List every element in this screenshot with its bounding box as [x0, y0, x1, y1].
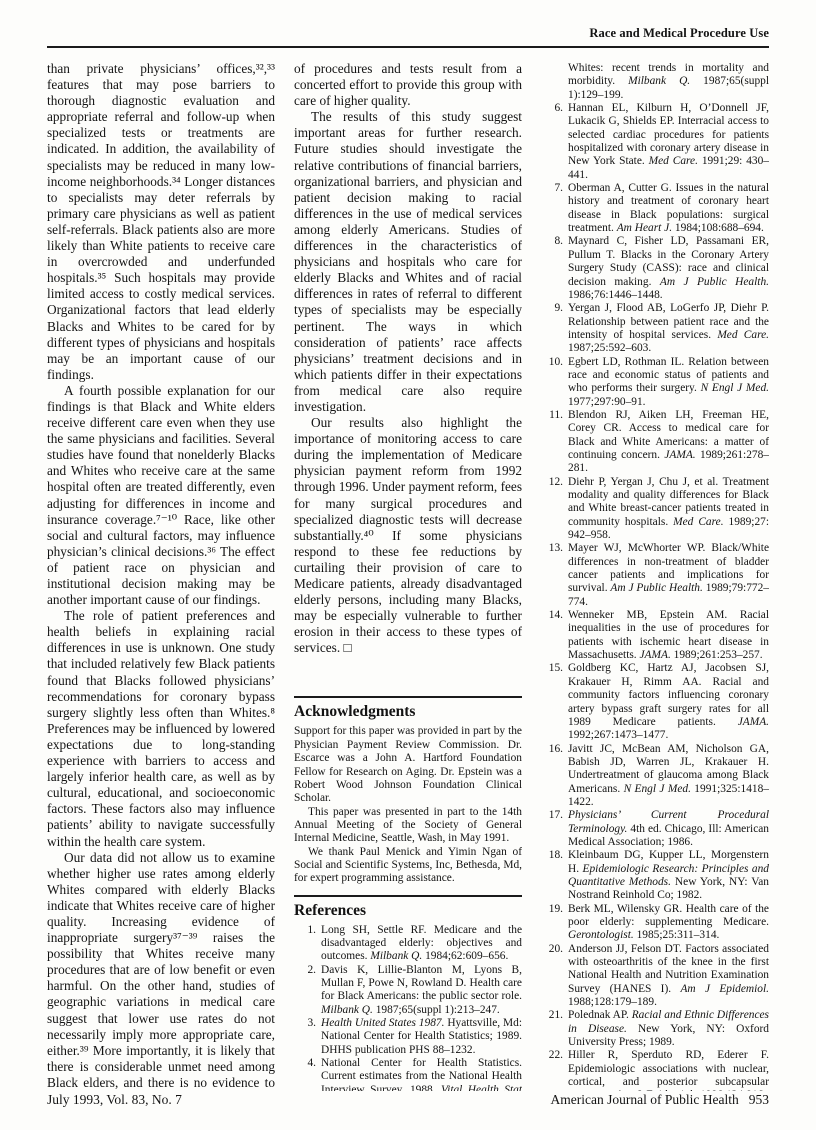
ref-number: 7. [541, 182, 568, 235]
body-paragraph: than private physicians’ offices,³²,³³ f… [47, 61, 275, 383]
footer-journal-info: American Journal of Public Health953 [551, 1092, 769, 1108]
reference-item: 22. Hiller R, Sperduto RD, Ederer F. Epi… [541, 1049, 769, 1091]
body-paragraph: The results of this study suggest import… [294, 109, 522, 415]
reference-item: 21. Polednak AP. Racial and Ethnic Diffe… [541, 1009, 769, 1049]
ref-number: 13. [541, 542, 568, 609]
references-rule [294, 895, 522, 897]
reference-item: 4. National Center for Health Statistics… [294, 1057, 522, 1091]
ref-number: 15. [541, 662, 568, 742]
ref-number: 21. [541, 1009, 568, 1049]
acknowledgments-heading: Acknowledgments [294, 703, 522, 721]
ref-text: Yergan J, Flood AB, LoGerfo JP, Diehr P.… [568, 302, 769, 355]
ref-text: National Center for Health Statistics. C… [321, 1057, 522, 1091]
ref-text: Anderson JJ, Felson DT. Factors associat… [568, 943, 769, 1010]
reference-item: 12. Diehr P, Yergan J, Chu J, et al. Tre… [541, 476, 769, 543]
column-1: than private physicians’ offices,³²,³³ f… [47, 61, 275, 1091]
body-paragraph: A fourth possible explanation for our fi… [47, 383, 275, 608]
ref-text: Egbert LD, Rothman IL. Relation between … [568, 356, 769, 409]
reference-item: 19. Berk ML, Wilensky GR. Health care of… [541, 903, 769, 943]
ref-text: Davis K, Lillie-Blanton M, Lyons B, Mull… [321, 964, 522, 1017]
three-column-layout: than private physicians’ offices,³²,³³ f… [47, 61, 769, 1091]
reference-continuation: Whites: recent trends in mortality and m… [541, 62, 769, 102]
ref-text: Maynard C, Fisher LD, Passamani ER, Pull… [568, 235, 769, 302]
reference-item: 17. Physicians’ Current Procedural Termi… [541, 809, 769, 849]
column-3: Whites: recent trends in mortality and m… [541, 61, 769, 1091]
ref-text: Oberman A, Cutter G. Issues in the natur… [568, 182, 769, 235]
reference-item: 14. Wenneker MB, Epstein AM. Racial ineq… [541, 609, 769, 662]
ref-number: 8. [541, 235, 568, 302]
ref-text: Blendon RJ, Aiken LH, Freeman HE, Corey … [568, 409, 769, 476]
reference-item: 8. Maynard C, Fisher LD, Passamani ER, P… [541, 235, 769, 302]
reference-item: 1. Long SH, Settle RF. Medicare and the … [294, 924, 522, 964]
reference-item: 7. Oberman A, Cutter G. Issues in the na… [541, 182, 769, 235]
acknowledgments-text: Support for this paper was provided in p… [294, 725, 522, 885]
footer-journal-name: American Journal of Public Health [551, 1092, 739, 1107]
ref-number: 2. [294, 964, 321, 1017]
ref-text: Mayer WJ, McWhorter WP. Black/White diff… [568, 542, 769, 609]
ref-text: Long SH, Settle RF. Medicare and the dis… [321, 924, 522, 964]
column-2: of procedures and tests result from a co… [294, 61, 522, 1091]
ref-text: Whites: recent trends in mortality and m… [568, 62, 769, 102]
ref-text: Health United States 1987. Hyattsville, … [321, 1017, 522, 1057]
ref-number: 4. [294, 1057, 321, 1091]
ref-number: 6. [541, 102, 568, 182]
reference-item: 13. Mayer WJ, McWhorter WP. Black/White … [541, 542, 769, 609]
body-paragraph: The role of patient preferences and heal… [47, 608, 275, 849]
ref-number: 16. [541, 743, 568, 810]
references-heading: References [294, 902, 522, 920]
running-title: Race and Medical Procedure Use [589, 26, 769, 41]
column-2-body: of procedures and tests result from a co… [294, 61, 522, 656]
ref-number: 12. [541, 476, 568, 543]
journal-page: Race and Medical Procedure Use than priv… [0, 0, 816, 1130]
ref-text: Physicians’ Current Procedural Terminolo… [568, 809, 769, 849]
ref-text: Berk ML, Wilensky GR. Health care of the… [568, 903, 769, 943]
acknowledgments-paragraph: We thank Paul Menick and Yimin Ngan of S… [294, 846, 522, 886]
ref-text: Wenneker MB, Epstein AM. Racial inequali… [568, 609, 769, 662]
footer-page-number: 953 [749, 1092, 769, 1107]
ref-number: 18. [541, 849, 568, 902]
references-list-part1: 1. Long SH, Settle RF. Medicare and the … [294, 924, 522, 1091]
reference-item: 6. Hannan EL, Kilburn H, O’Donnell JF, L… [541, 102, 769, 182]
reference-item: 3. Health United States 1987. Hyattsvill… [294, 1017, 522, 1057]
ref-text: Kleinbaum DG, Kupper LL, Morgenstern H. … [568, 849, 769, 902]
acknowledgments-rule [294, 696, 522, 698]
reference-item: 2. Davis K, Lillie-Blanton M, Lyons B, M… [294, 964, 522, 1017]
ref-number: 19. [541, 903, 568, 943]
references-list-part2: Whites: recent trends in mortality and m… [541, 62, 769, 1091]
ref-number: 22. [541, 1049, 568, 1091]
ref-text: Javitt JC, McBean AM, Nicholson GA, Babi… [568, 743, 769, 810]
ref-number: 3. [294, 1017, 321, 1057]
footer-issue-info: July 1993, Vol. 83, No. 7 [47, 1092, 182, 1108]
ref-number: 14. [541, 609, 568, 662]
reference-item: 11. Blendon RJ, Aiken LH, Freeman HE, Co… [541, 409, 769, 476]
ref-text: Diehr P, Yergan J, Chu J, et al. Treatme… [568, 476, 769, 543]
ref-number: 11. [541, 409, 568, 476]
body-paragraph-with-end-mark: Our results also highlight the importanc… [294, 415, 522, 656]
reference-item: 20. Anderson JJ, Felson DT. Factors asso… [541, 943, 769, 1010]
acknowledgments-paragraph: Support for this paper was provided in p… [294, 725, 522, 805]
ref-text: Goldberg KC, Hartz AJ, Jacobsen SJ, Krak… [568, 662, 769, 742]
ref-number: 17. [541, 809, 568, 849]
reference-item: 9. Yergan J, Flood AB, LoGerfo JP, Diehr… [541, 302, 769, 355]
ref-number: 10. [541, 356, 568, 409]
ref-text: Polednak AP. Racial and Ethnic Differenc… [568, 1009, 769, 1049]
acknowledgments-paragraph: This paper was presented in part to the … [294, 806, 522, 846]
body-paragraph: Our data did not allow us to examine whe… [47, 850, 275, 1091]
ref-number: 1. [294, 924, 321, 964]
ref-text: Hannan EL, Kilburn H, O’Donnell JF, Luka… [568, 102, 769, 182]
reference-item: 18. Kleinbaum DG, Kupper LL, Morgenstern… [541, 849, 769, 902]
reference-item: 10. Egbert LD, Rothman IL. Relation betw… [541, 356, 769, 409]
ref-number-blank [541, 62, 568, 102]
header-rule [47, 46, 769, 48]
ref-text: Hiller R, Sperduto RD, Ederer F. Epidemi… [568, 1049, 769, 1091]
reference-item: 15. Goldberg KC, Hartz AJ, Jacobsen SJ, … [541, 662, 769, 742]
reference-item: 16. Javitt JC, McBean AM, Nicholson GA, … [541, 743, 769, 810]
body-paragraph: of procedures and tests result from a co… [294, 61, 522, 109]
ref-number: 9. [541, 302, 568, 355]
ref-number: 20. [541, 943, 568, 1010]
